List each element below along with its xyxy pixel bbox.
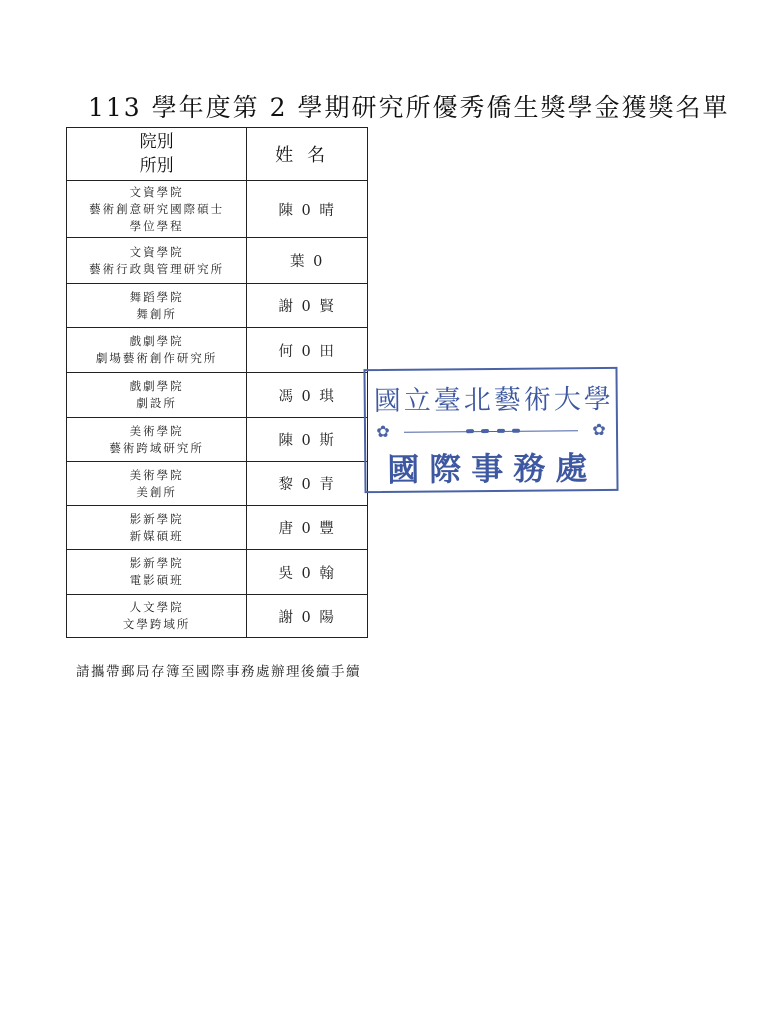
stamp-divider-ornament	[466, 427, 520, 435]
college-name: 戲劇學院	[67, 378, 246, 395]
table-row: 影新學院 新媒碩班 唐 0 豐	[67, 506, 368, 550]
dept-cell: 文資學院 藝術行政與管理研究所	[67, 238, 247, 284]
name-cell: 黎 0 青	[247, 462, 368, 506]
name-cell: 陳 0 晴	[247, 181, 368, 238]
plum-blossom-icon: ✿	[590, 421, 608, 439]
college-name: 影新學院	[67, 511, 246, 528]
dept-cell: 戲劇學院 劇場藝術創作研究所	[67, 328, 247, 373]
dept-name: 藝術行政與管理研究所	[67, 261, 246, 278]
college-name: 文資學院	[67, 244, 246, 261]
dept-name: 劇場藝術創作研究所	[67, 350, 246, 367]
table-row: 美術學院 藝術跨域研究所 陳 0 斯	[67, 418, 368, 462]
dept-cell: 影新學院 新媒碩班	[67, 506, 247, 550]
name-cell: 葉 0	[247, 238, 368, 284]
name-cell: 陳 0 斯	[247, 418, 368, 462]
dept-name: 電影碩班	[67, 572, 246, 589]
name-cell: 唐 0 豐	[247, 506, 368, 550]
table-header-row: 院別 所別 姓名	[67, 128, 368, 181]
header-name: 姓名	[247, 128, 368, 181]
college-name: 戲劇學院	[67, 333, 246, 350]
dept-cell: 舞蹈學院 舞創所	[67, 284, 247, 328]
dept-name-extra: 學位學程	[67, 218, 246, 235]
stamp-office-name: 國際事務處	[372, 443, 612, 491]
dept-name: 新媒碩班	[67, 528, 246, 545]
header-dept-label: 所別	[67, 154, 246, 178]
dept-cell: 美術學院 美創所	[67, 462, 247, 506]
plum-blossom-icon: ✿	[374, 423, 392, 441]
college-name: 人文學院	[67, 599, 246, 616]
dept-name: 美創所	[67, 484, 246, 501]
college-name: 影新學院	[67, 555, 246, 572]
dept-cell: 文資學院 藝術創意研究國際碩士 學位學程	[67, 181, 247, 238]
name-cell: 謝 0 陽	[247, 595, 368, 638]
dept-name: 藝術創意研究國際碩士	[67, 201, 246, 218]
header-college-label: 院別	[67, 130, 246, 154]
college-name: 美術學院	[67, 423, 246, 440]
table-row: 文資學院 藝術創意研究國際碩士 學位學程 陳 0 晴	[67, 181, 368, 238]
awardee-table: 院別 所別 姓名 文資學院 藝術創意研究國際碩士 學位學程 陳 0 晴 文資學院…	[66, 127, 368, 638]
official-seal-stamp: 國立臺北藝術大學 ✿ ✿ 國際事務處	[363, 367, 618, 493]
table-row: 舞蹈學院 舞創所 謝 0 賢	[67, 284, 368, 328]
college-name: 舞蹈學院	[67, 289, 246, 306]
dept-cell: 影新學院 電影碩班	[67, 550, 247, 595]
dept-name: 劇設所	[67, 395, 246, 412]
table-row: 影新學院 電影碩班 吳 0 翰	[67, 550, 368, 595]
table-row: 戲劇學院 劇設所 馮 0 琪	[67, 373, 368, 418]
college-name: 文資學院	[67, 184, 246, 201]
dept-name: 舞創所	[67, 306, 246, 323]
stamp-university-name: 國立臺北藝術大學	[374, 377, 610, 418]
table-row: 戲劇學院 劇場藝術創作研究所 何 0 田	[67, 328, 368, 373]
dept-cell: 美術學院 藝術跨域研究所	[67, 418, 247, 462]
name-cell: 何 0 田	[247, 328, 368, 373]
name-cell: 謝 0 賢	[247, 284, 368, 328]
table-row: 人文學院 文學跨域所 謝 0 陽	[67, 595, 368, 638]
dept-cell: 戲劇學院 劇設所	[67, 373, 247, 418]
table-row: 文資學院 藝術行政與管理研究所 葉 0	[67, 238, 368, 284]
college-name: 美術學院	[67, 467, 246, 484]
dept-cell: 人文學院 文學跨域所	[67, 595, 247, 638]
name-cell: 吳 0 翰	[247, 550, 368, 595]
dept-name: 文學跨域所	[67, 616, 246, 633]
document-title: 113 學年度第 2 學期研究所優秀僑生獎學金獲獎名單	[88, 88, 688, 124]
table-row: 美術學院 美創所 黎 0 青	[67, 462, 368, 506]
dept-name: 藝術跨域研究所	[67, 440, 246, 457]
header-college-dept: 院別 所別	[67, 128, 247, 181]
name-cell: 馮 0 琪	[247, 373, 368, 418]
instruction-note: 請攜帶郵局存簿至國際事務處辦理後續手續	[76, 660, 361, 680]
